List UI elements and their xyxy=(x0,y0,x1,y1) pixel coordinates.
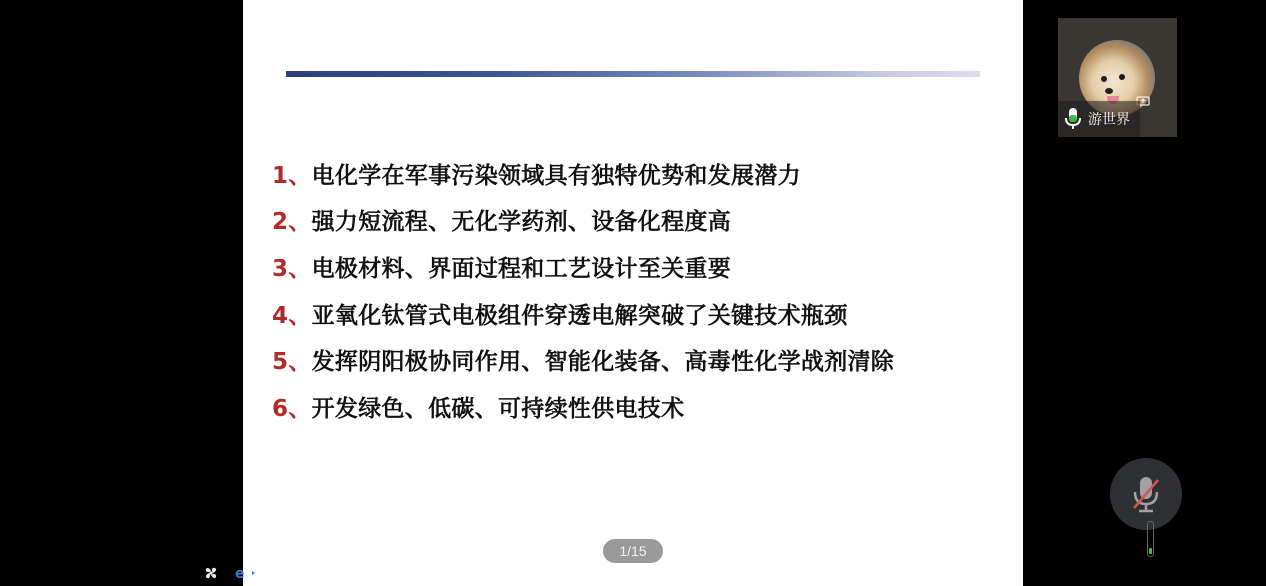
list-item: 2、强力短流程、无化学药剂、设备化程度高 xyxy=(272,197,894,244)
list-item: 6、开发绿色、低碳、可持续性供电技术 xyxy=(272,383,894,430)
microphone-muted-icon xyxy=(1128,474,1164,514)
fan-icon[interactable] xyxy=(204,566,218,580)
svg-text:e: e xyxy=(235,566,245,580)
participant-name-bar: 游世界 xyxy=(1058,101,1140,137)
item-number: 6、 xyxy=(272,390,312,423)
microphone-icon xyxy=(1063,107,1083,131)
slide-title-gradient-bar xyxy=(286,71,980,77)
list-item: 4、亚氧化钛管式电极组件穿透电解突破了关键技术瓶颈 xyxy=(272,290,894,337)
list-item: 1、电化学在军事污染领域具有独特优势和发展潜力 xyxy=(272,150,894,197)
item-text: 电极材料、界面过程和工艺设计至关重要 xyxy=(312,250,731,283)
participant-video-tile[interactable]: 游世界 xyxy=(1058,18,1177,137)
item-text: 电化学在军事污染领域具有独特优势和发展潜力 xyxy=(312,157,801,190)
list-item: 3、电极材料、界面过程和工艺设计至关重要 xyxy=(272,243,894,290)
item-number: 2、 xyxy=(272,203,312,236)
participant-name: 游世界 xyxy=(1088,109,1130,129)
list-item: 5、发挥阴阳极协同作用、智能化装备、高毒性化学战剂清除 xyxy=(272,336,894,383)
item-text: 发挥阴阳极协同作用、智能化装备、高毒性化学战剂清除 xyxy=(312,343,895,376)
item-text: 亚氧化钛管式电极组件穿透电解突破了关键技术瓶颈 xyxy=(312,297,848,330)
audio-level-meter xyxy=(1147,521,1154,557)
item-number: 5、 xyxy=(272,343,312,376)
item-number: 3、 xyxy=(272,250,312,283)
item-text: 强力短流程、无化学药剂、设备化程度高 xyxy=(312,203,731,236)
page-indicator[interactable]: 1/15 xyxy=(603,539,663,563)
item-number: 4、 xyxy=(272,297,312,330)
item-number: 1、 xyxy=(272,157,312,190)
ie-browser-icon[interactable]: e xyxy=(235,566,257,580)
mute-toggle-button[interactable] xyxy=(1110,458,1182,530)
presentation-slide: 1、电化学在军事污染领域具有独特优势和发展潜力 2、强力短流程、无化学药剂、设备… xyxy=(243,0,1023,586)
item-text: 开发绿色、低碳、可持续性供电技术 xyxy=(312,390,685,423)
conclusion-list: 1、电化学在军事污染领域具有独特优势和发展潜力 2、强力短流程、无化学药剂、设备… xyxy=(272,150,894,430)
